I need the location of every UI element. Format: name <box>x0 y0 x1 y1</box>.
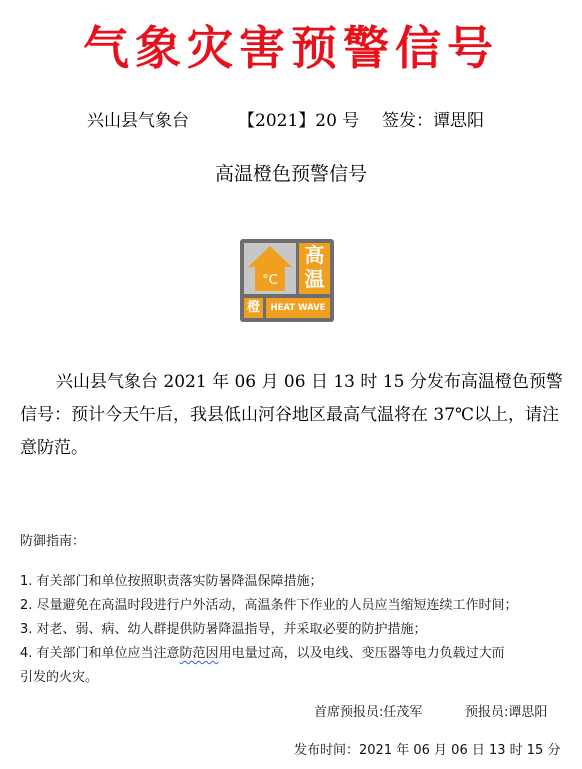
guide-item-3: 3. 对老、弱、病、幼人群提供防暑降温指导，并采取必要的防护措施； <box>20 618 427 637</box>
issuer: 兴山县气象台 <box>87 110 189 132</box>
chief-name: 任茂军 <box>383 705 422 720</box>
guide-item-4-post: 用电量过高，以及电线、变压器等电力负载过大而 <box>219 646 505 661</box>
chief-label: 首席预报员: <box>314 705 383 720</box>
heat-wave-orange-icon: °C 高 温 橙 HEAT WAVE <box>240 239 334 322</box>
guide-item-4: 4. 有关部门和单位应当注意防范因用电量过高，以及电线、变压器等电力负载过大而 <box>20 642 505 661</box>
forecaster-label: 预报员: <box>465 705 508 720</box>
chief-forecaster: 首席预报员:任茂军 <box>314 701 422 720</box>
guide-title: 防御指南： <box>20 530 85 549</box>
heat-chars: 高 温 <box>299 243 330 294</box>
guide-item-1: 1. 有关部门和单位按照职责落实防暑降温保障措施； <box>20 570 323 589</box>
release-label: 发布时间： <box>294 743 359 758</box>
signer-block: 签发：谭思阳 <box>382 110 484 132</box>
char-gao: 高 <box>299 243 330 267</box>
guide-item-4-line2: 引发的火灾。 <box>20 666 98 685</box>
release-time: 发布时间：2021 年 06 月 06 日 13 时 15 分 <box>294 739 560 758</box>
warning-body-text: 兴山县气象台 2021 年 06 月 06 日 13 时 15 分发布高温橙色预… <box>20 372 563 458</box>
forecaster: 预报员:谭思阳 <box>465 701 547 720</box>
level-char: 橙 <box>244 298 263 318</box>
release-value: 2021 年 06 月 06 日 13 时 15 分 <box>359 743 560 758</box>
forecaster-name: 谭思阳 <box>508 705 547 720</box>
svg-text:°C: °C <box>262 273 278 288</box>
char-wen: 温 <box>299 267 330 291</box>
signer-name: 谭思阳 <box>433 111 484 131</box>
spellcheck-squiggle: 防范因 <box>180 646 219 661</box>
house-icon: °C <box>244 243 296 294</box>
warning-subtitle: 高温橙色预警信号 <box>0 162 582 186</box>
signer-label: 签发： <box>382 111 433 131</box>
document-title: 气象灾害预警信号 <box>0 18 582 78</box>
warning-body: 兴山县气象台 2021 年 06 月 06 日 13 时 15 分发布高温橙色预… <box>20 366 565 465</box>
guide-item-2: 2. 尽量避免在高温时段进行户外活动，高温条件下作业的人员应当缩短连续工作时间； <box>20 594 518 613</box>
heat-wave-label: HEAT WAVE <box>266 298 330 318</box>
house-panel: °C <box>244 243 296 294</box>
guide-item-4-pre: 4. 有关部门和单位应当注意 <box>20 646 180 661</box>
document-number: 【2021】20 号 <box>238 110 359 132</box>
